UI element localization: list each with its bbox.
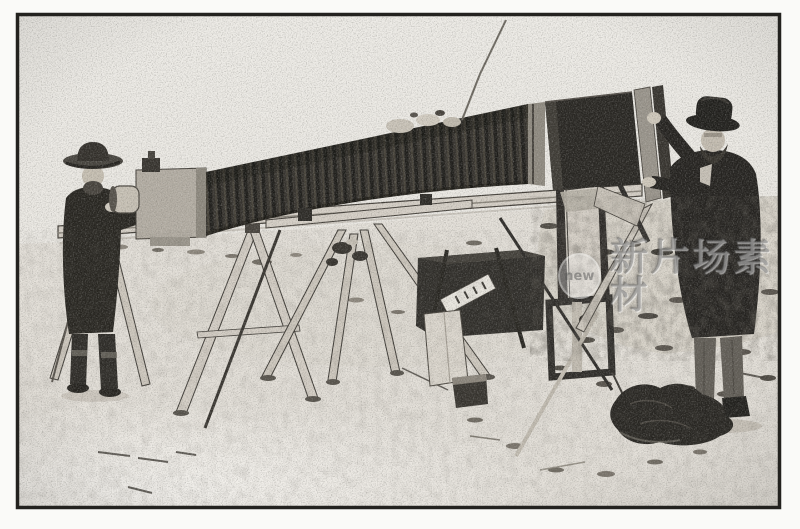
photo-content xyxy=(19,16,779,506)
stock-photo-page: new 新片场素材 xyxy=(0,0,800,529)
photograph xyxy=(0,0,800,529)
film-grain-overlay xyxy=(19,16,778,506)
